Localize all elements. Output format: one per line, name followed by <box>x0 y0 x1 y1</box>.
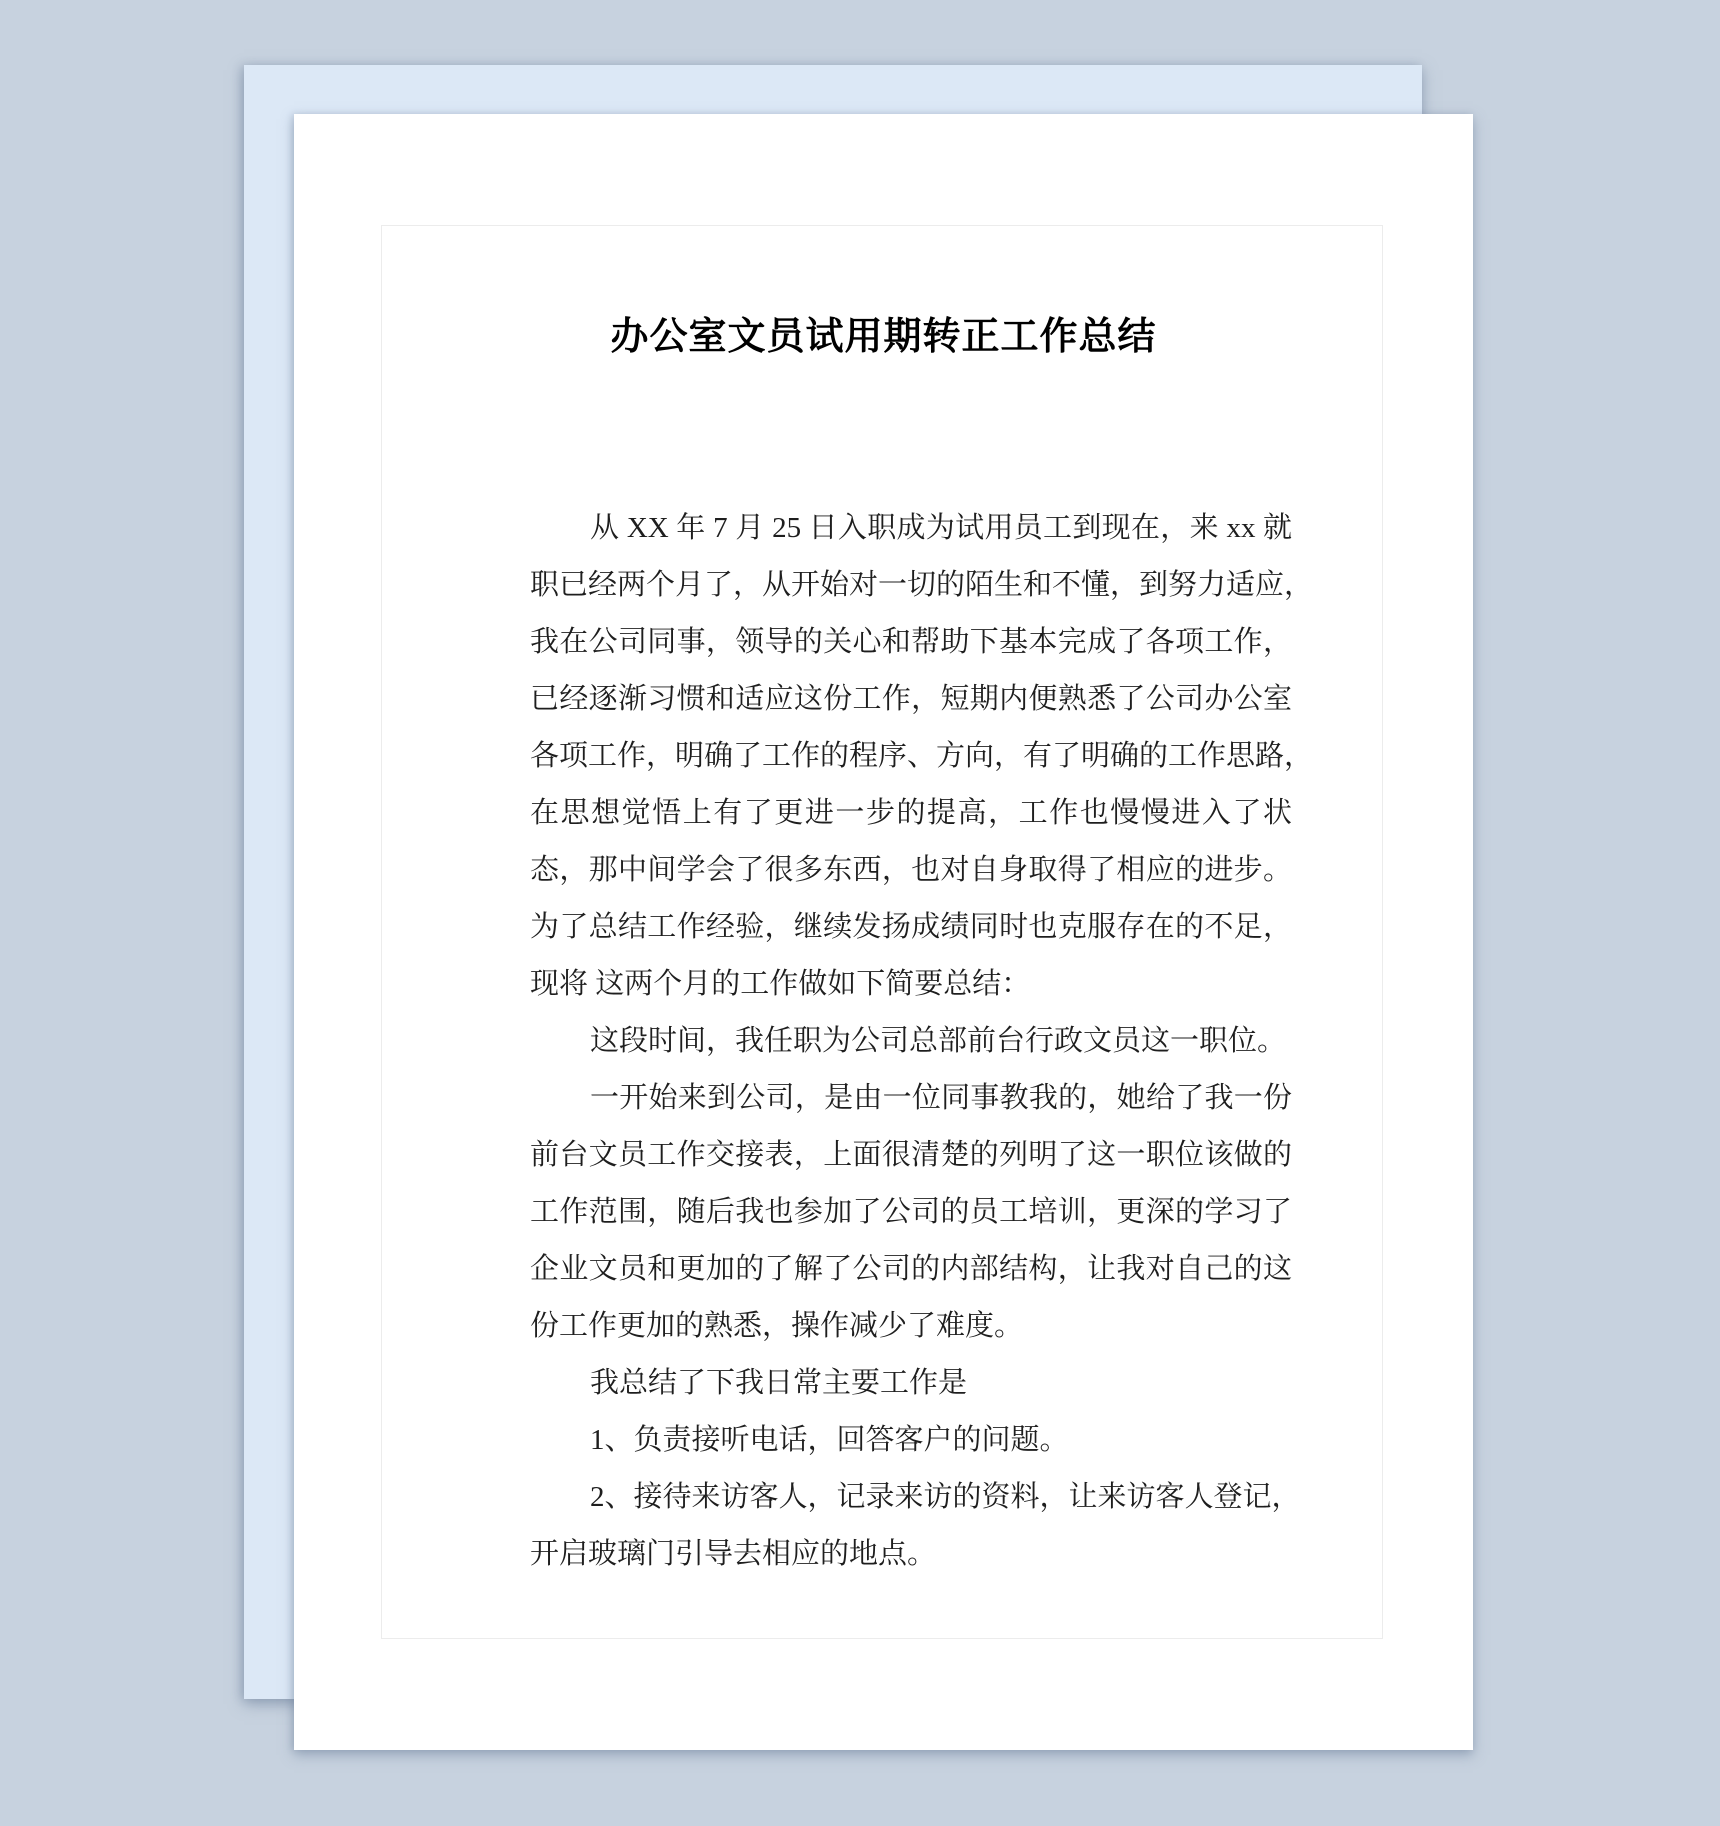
text-line: 我在公司同事，领导的关心和帮助下基本完成了各项工作， <box>530 614 1292 671</box>
text-line: 1、负责接听电话，回答客户的问题。 <box>530 1412 1292 1469</box>
document-body: 从 XX 年 7 月 25 日入职成为试用员工到现在，来 xx 就 职已经两个月… <box>530 500 1292 1583</box>
text-line: 我总结了下我日常主要工作是 <box>530 1355 1292 1412</box>
text-line: 为了总结工作经验，继续发扬成绩同时也克服存在的不足， <box>530 899 1292 956</box>
text-line: 已经逐渐习惯和适应这份工作，短期内便熟悉了公司办公室 <box>530 671 1292 728</box>
document-title: 办公室文员试用期转正工作总结 <box>294 312 1473 362</box>
text-line: 这段时间，我任职为公司总部前台行政文员这一职位。 <box>530 1013 1292 1070</box>
document-page: 办公室文员试用期转正工作总结 从 XX 年 7 月 25 日入职成为试用员工到现… <box>294 114 1473 1750</box>
text-line: 从 XX 年 7 月 25 日入职成为试用员工到现在，来 xx 就 <box>530 500 1292 557</box>
document-background: 办公室文员试用期转正工作总结 从 XX 年 7 月 25 日入职成为试用员工到现… <box>0 0 1720 1826</box>
text-line: 各项工作，明确了工作的程序、方向，有了明确的工作思路， <box>530 728 1292 785</box>
text-line: 在思想觉悟上有了更进一步的提高，工作也慢慢进入了状 <box>530 785 1292 842</box>
text-line: 态，那中间学会了很多东西，也对自身取得了相应的进步。 <box>530 842 1292 899</box>
text-line: 一开始来到公司，是由一位同事教我的，她给了我一份 <box>530 1070 1292 1127</box>
text-line: 份工作更加的熟悉，操作减少了难度。 <box>530 1298 1292 1355</box>
text-line: 前台文员工作交接表，上面很清楚的列明了这一职位该做的 <box>530 1127 1292 1184</box>
text-line: 企业文员和更加的了解了公司的内部结构，让我对自己的这 <box>530 1241 1292 1298</box>
text-line: 2、接待来访客人，记录来访的资料，让来访客人登记， <box>530 1469 1292 1526</box>
text-line: 开启玻璃门引导去相应的地点。 <box>530 1526 1292 1583</box>
text-line: 工作范围，随后我也参加了公司的员工培训，更深的学习了 <box>530 1184 1292 1241</box>
text-line: 职已经两个月了，从开始对一切的陌生和不懂，到努力适应， <box>530 557 1292 614</box>
text-line: 现将 这两个月的工作做如下简要总结： <box>530 956 1292 1013</box>
